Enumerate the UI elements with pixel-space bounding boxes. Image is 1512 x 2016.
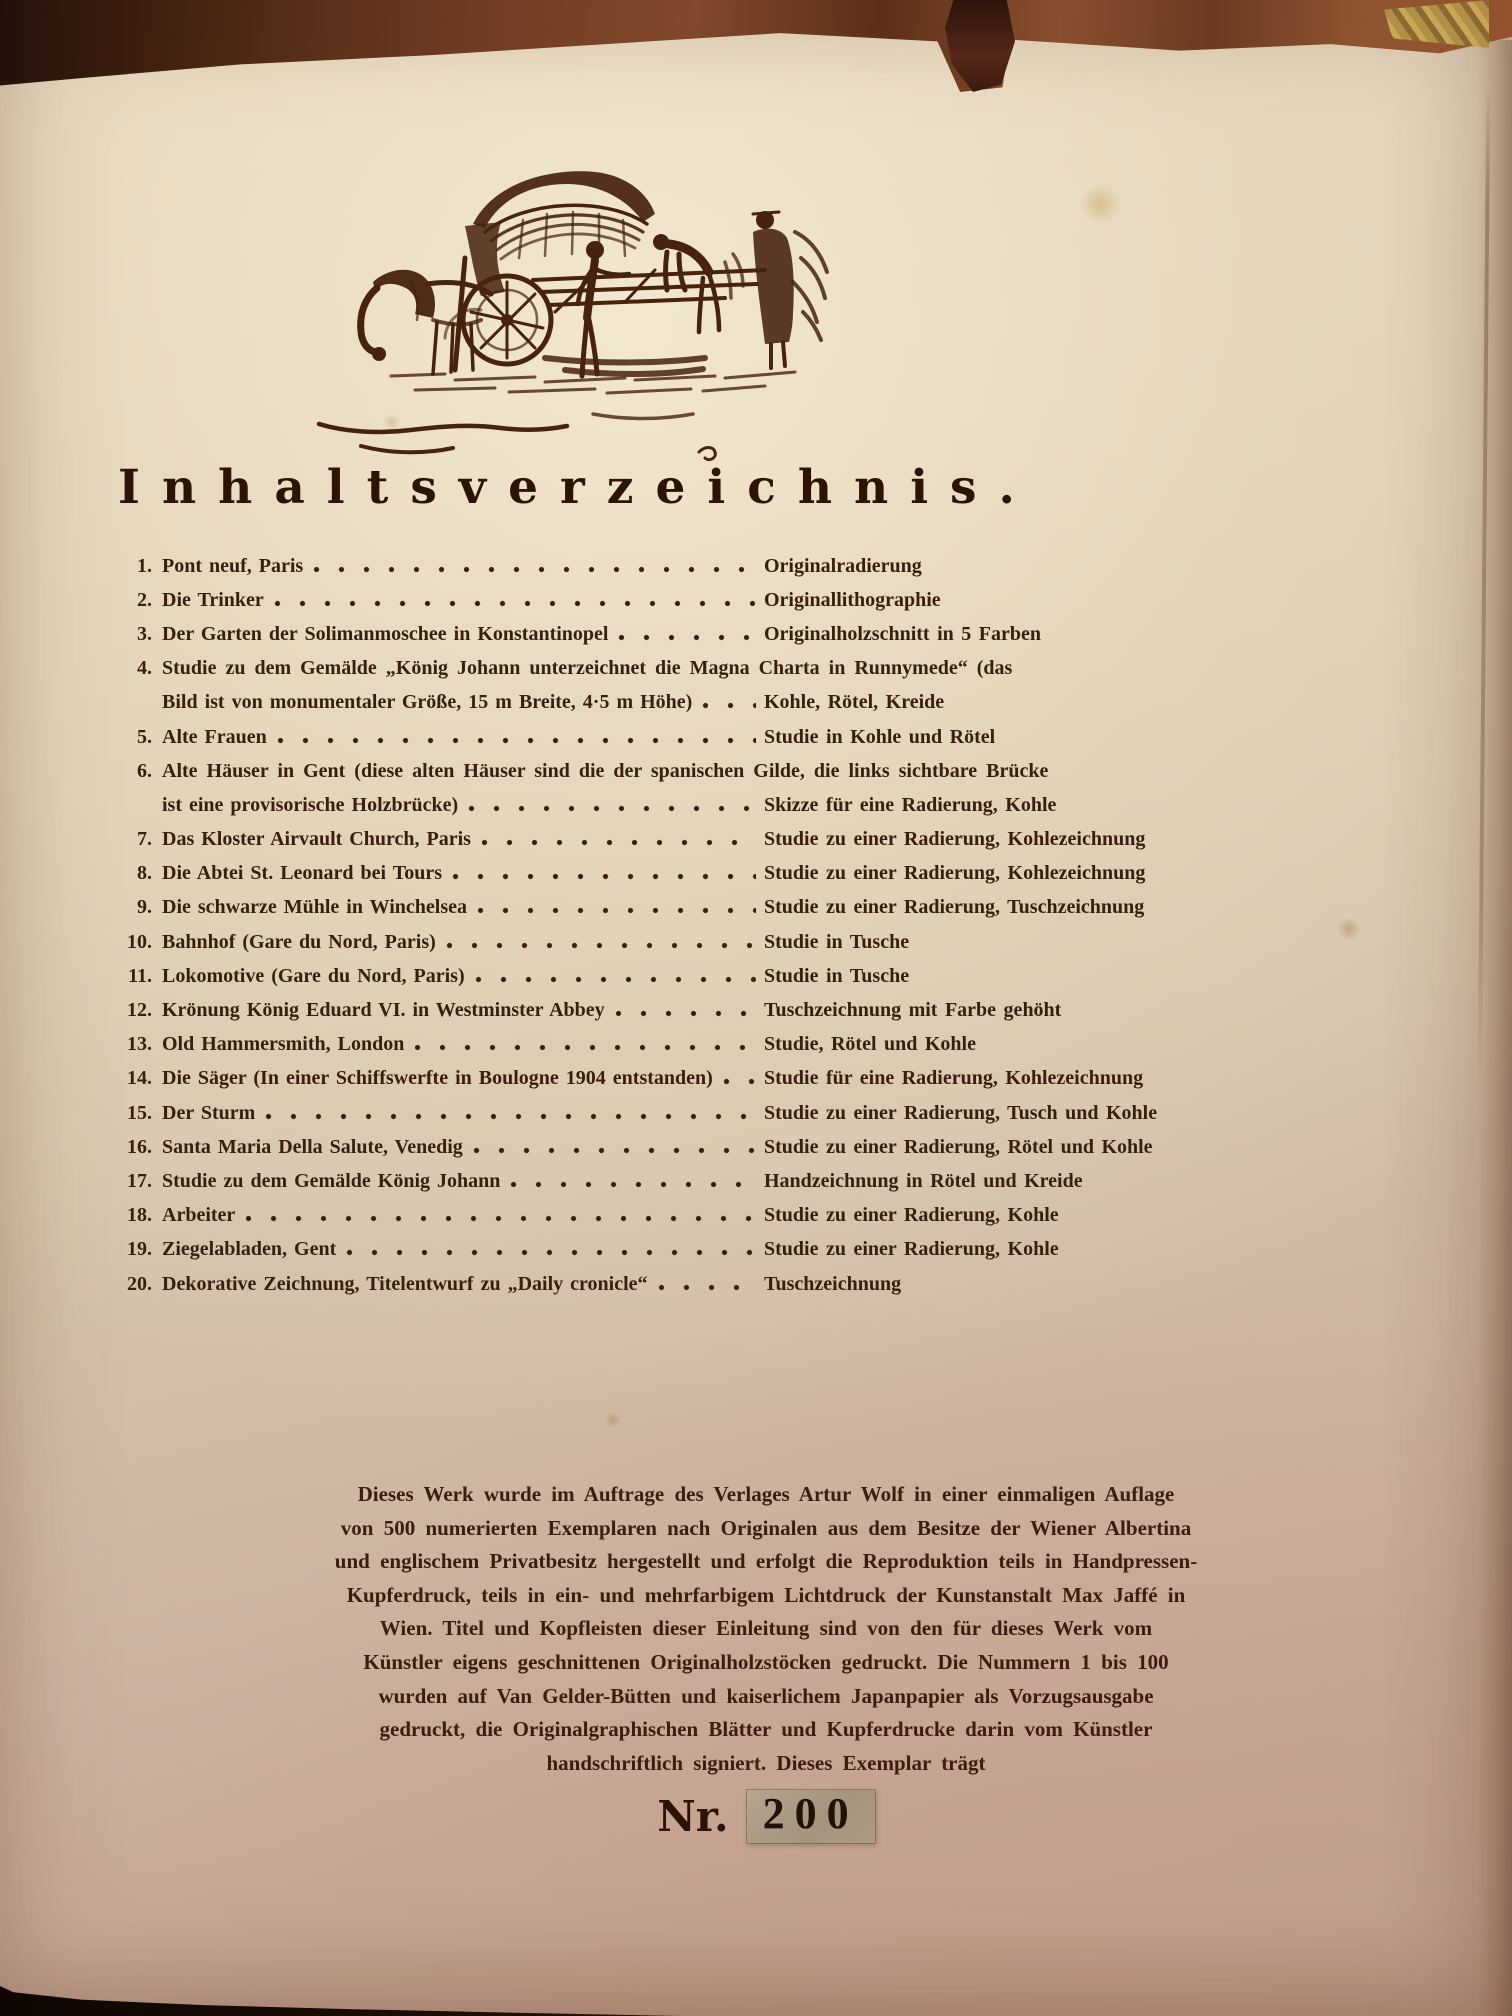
toc-item-technique: Tuschzeichnung <box>764 1273 1182 1296</box>
toc-item-number: 15. <box>120 1102 162 1125</box>
toc-item-technique: Handzeichnung in Rötel und Kreide <box>764 1170 1182 1193</box>
colophon-line: und englischem Privatbesitz hergestellt … <box>262 1545 1270 1579</box>
toc-row: 13.Old Hammersmith, LondonStudie, Rötel … <box>120 1028 1182 1062</box>
dot-leader <box>618 634 756 641</box>
dot-leader <box>452 873 756 880</box>
dot-leader <box>446 942 756 949</box>
toc-row: 4.Studie zu dem Gemälde „König Johann un… <box>120 652 1182 686</box>
toc-item-number: 2. <box>120 589 162 612</box>
exemplar-number-slip: 200 <box>747 1790 875 1842</box>
dot-leader <box>473 1147 756 1154</box>
toc-item-number: 12. <box>120 999 162 1022</box>
toc-item-technique: Kohle, Rötel, Kreide <box>764 691 1182 714</box>
toc-item-title: Alte Häuser in Gent (diese alten Häuser … <box>162 760 1048 783</box>
page-right-edge-shadow <box>1478 40 1512 2016</box>
toc-row: 8.Die Abtei St. Leonard bei ToursStudie … <box>120 857 1182 891</box>
page-title: Inhaltsverzeichnis. <box>118 460 1037 515</box>
toc-item-technique: Studie zu einer Radierung, Kohlezeichnun… <box>764 828 1182 851</box>
toc-item-number: 20. <box>120 1273 162 1296</box>
dot-leader <box>468 805 756 812</box>
toc-item-title: Lokomotive (Gare du Nord, Paris) <box>162 965 465 988</box>
toc-item-title: Alte Frauen <box>162 726 267 749</box>
age-stain <box>1336 918 1362 940</box>
toc-row: 2.Die TrinkerOriginallithographie <box>120 583 1182 617</box>
toc-item-number: 11. <box>120 965 162 988</box>
toc-item-title: Die Säger (In einer Schiffswerfte in Bou… <box>162 1067 713 1090</box>
toc-item-title-continued: Bild ist von monumentaler Größe, 15 m Br… <box>162 691 692 714</box>
dot-leader <box>245 1215 756 1222</box>
colophon-line: Wien. Titel und Kopfleisten dieser Einle… <box>262 1612 1270 1646</box>
dot-leader <box>510 1181 756 1188</box>
toc-item-title: Die Abtei St. Leonard bei Tours <box>162 862 442 885</box>
toc-item-title: Der Sturm <box>162 1102 255 1125</box>
toc-row: 7.Das Kloster Airvault Church, ParisStud… <box>120 823 1182 857</box>
dot-leader <box>475 976 756 983</box>
dot-leader <box>702 702 756 709</box>
toc-item-number: 18. <box>120 1204 162 1227</box>
toc-item-title-continued: ist eine provisorische Holzbrücke) <box>162 794 458 817</box>
dot-leader <box>414 1044 756 1051</box>
toc-row: 15.Der SturmStudie zu einer Radierung, T… <box>120 1096 1182 1130</box>
dot-leader <box>615 1010 756 1017</box>
toc-row: 10.Bahnhof (Gare du Nord, Paris)Studie i… <box>120 925 1182 959</box>
toc-item-number: 16. <box>120 1136 162 1159</box>
toc-item-title: Arbeiter <box>162 1204 235 1227</box>
toc-item-title: Old Hammersmith, London <box>162 1033 404 1056</box>
toc-item-number: 14. <box>120 1067 162 1090</box>
toc-item-title: Ziegelabladen, Gent <box>162 1238 336 1261</box>
toc-row: 11.Lokomotive (Gare du Nord, Paris)Studi… <box>120 959 1182 993</box>
toc-row-continuation: ist eine provisorische Holzbrücke)Skizze… <box>120 788 1182 822</box>
exemplar-number-row: Nr. 200 <box>262 1790 1270 1842</box>
toc-item-technique: Studie für eine Radierung, Kohlezeichnun… <box>764 1067 1182 1090</box>
toc-row: 18.ArbeiterStudie zu einer Radierung, Ko… <box>120 1199 1182 1233</box>
toc-item-technique: Studie in Tusche <box>764 931 1182 954</box>
table-of-contents: 1.Pont neuf, ParisOriginalradierung2.Die… <box>120 549 1182 1301</box>
toc-item-technique: Studie zu einer Radierung, Rötel und Koh… <box>764 1136 1182 1159</box>
toc-item-technique: Skizze für eine Radierung, Kohle <box>764 794 1182 817</box>
toc-item-title: Bahnhof (Gare du Nord, Paris) <box>162 931 436 954</box>
dot-leader <box>481 839 756 846</box>
toc-item-technique: Studie zu einer Radierung, Kohle <box>764 1238 1182 1261</box>
toc-item-technique: Studie zu einer Radierung, Kohlezeichnun… <box>764 862 1182 885</box>
exemplar-label: Nr. <box>657 1792 728 1841</box>
dot-leader <box>658 1284 756 1291</box>
toc-row: 1.Pont neuf, ParisOriginalradierung <box>120 549 1182 583</box>
toc-item-title: Die Trinker <box>162 589 264 612</box>
toc-row-continuation: Bild ist von monumentaler Größe, 15 m Br… <box>120 686 1182 720</box>
toc-row: 20.Dekorative Zeichnung, Titelentwurf zu… <box>120 1267 1182 1301</box>
age-stain <box>1078 186 1122 222</box>
toc-item-number: 5. <box>120 726 162 749</box>
toc-item-technique: Studie zu einer Radierung, Kohle <box>764 1204 1182 1227</box>
toc-item-number: 6. <box>120 760 162 783</box>
toc-item-technique: Originalradierung <box>764 555 1182 578</box>
wagon-woodcut-illustration <box>295 162 835 472</box>
dot-leader <box>723 1078 756 1085</box>
toc-row: 12.Krönung König Eduard VI. in Westminst… <box>120 993 1182 1027</box>
dot-leader <box>274 600 756 607</box>
colophon-line: wurden auf Van Gelder-Bütten und kaiserl… <box>262 1680 1270 1714</box>
toc-row: 5.Alte FrauenStudie in Kohle und Rötel <box>120 720 1182 754</box>
toc-item-technique: Originallithographie <box>764 589 1182 612</box>
dot-leader <box>346 1249 756 1256</box>
colophon-line: von 500 numerierten Exemplaren nach Orig… <box>262 1512 1270 1546</box>
toc-item-technique: Originalholzschnitt in 5 Farben <box>764 623 1182 646</box>
toc-item-number: 19. <box>120 1238 162 1261</box>
toc-item-number: 17. <box>120 1170 162 1193</box>
toc-item-number: 7. <box>120 828 162 851</box>
dot-leader <box>477 907 756 914</box>
toc-row: 16.Santa Maria Della Salute, VenedigStud… <box>120 1130 1182 1164</box>
dot-leader <box>277 737 756 744</box>
toc-item-technique: Tuschzeichnung mit Farbe gehöht <box>764 999 1182 1022</box>
colophon-line: Künstler eigens geschnittenen Originalho… <box>262 1646 1270 1680</box>
toc-item-number: 9. <box>120 896 162 919</box>
colophon-line: gedruckt, die Originalgraphischen Blätte… <box>262 1713 1270 1747</box>
toc-item-technique: Studie, Rötel und Kohle <box>764 1033 1182 1056</box>
toc-item-technique: Studie in Tusche <box>764 965 1182 988</box>
dot-leader <box>313 566 756 573</box>
toc-item-technique: Studie in Kohle und Rötel <box>764 726 1182 749</box>
toc-row: 17.Studie zu dem Gemälde König JohannHan… <box>120 1164 1182 1198</box>
toc-item-title: Studie zu dem Gemälde „König Johann unte… <box>162 657 1012 680</box>
dot-leader <box>265 1113 756 1120</box>
age-stain <box>604 1412 622 1428</box>
toc-item-number: 10. <box>120 931 162 954</box>
toc-item-title: Santa Maria Della Salute, Venedig <box>162 1136 463 1159</box>
toc-item-title: Krönung König Eduard VI. in Westminster … <box>162 999 605 1022</box>
toc-row: 3.Der Garten der Solimanmoschee in Konst… <box>120 617 1182 651</box>
book-photo: Inhaltsverzeichnis. 1.Pont neuf, ParisOr… <box>0 0 1512 2016</box>
toc-row: 19.Ziegelabladen, GentStudie zu einer Ra… <box>120 1233 1182 1267</box>
colophon-line: Kupferdruck, teils in ein- und mehrfarbi… <box>262 1579 1270 1613</box>
toc-item-title: Das Kloster Airvault Church, Paris <box>162 828 471 851</box>
toc-item-technique: Studie zu einer Radierung, Tuschzeichnun… <box>764 896 1182 919</box>
colophon-line: Dieses Werk wurde im Auftrage des Verlag… <box>262 1478 1270 1512</box>
toc-item-title: Die schwarze Mühle in Winchelsea <box>162 896 467 919</box>
toc-item-technique: Studie zu einer Radierung, Tusch und Koh… <box>764 1102 1182 1125</box>
toc-item-number: 4. <box>120 657 162 680</box>
toc-item-number: 1. <box>120 555 162 578</box>
toc-item-number: 3. <box>120 623 162 646</box>
toc-item-title: Pont neuf, Paris <box>162 555 303 578</box>
colophon-line: handschriftlich signiert. Dieses Exempla… <box>262 1747 1270 1781</box>
toc-item-number: 13. <box>120 1033 162 1056</box>
toc-row: 14.Die Säger (In einer Schiffswerfte in … <box>120 1062 1182 1096</box>
toc-item-number: 8. <box>120 862 162 885</box>
colophon: Dieses Werk wurde im Auftrage des Verlag… <box>262 1478 1270 1843</box>
toc-row: 6.Alte Häuser in Gent (diese alten Häuse… <box>120 754 1182 788</box>
toc-item-title: Der Garten der Solimanmoschee in Konstan… <box>162 623 608 646</box>
toc-item-title: Studie zu dem Gemälde König Johann <box>162 1170 500 1193</box>
toc-row: 9.Die schwarze Mühle in WinchelseaStudie… <box>120 891 1182 925</box>
toc-item-title: Dekorative Zeichnung, Titelentwurf zu „D… <box>162 1273 648 1296</box>
